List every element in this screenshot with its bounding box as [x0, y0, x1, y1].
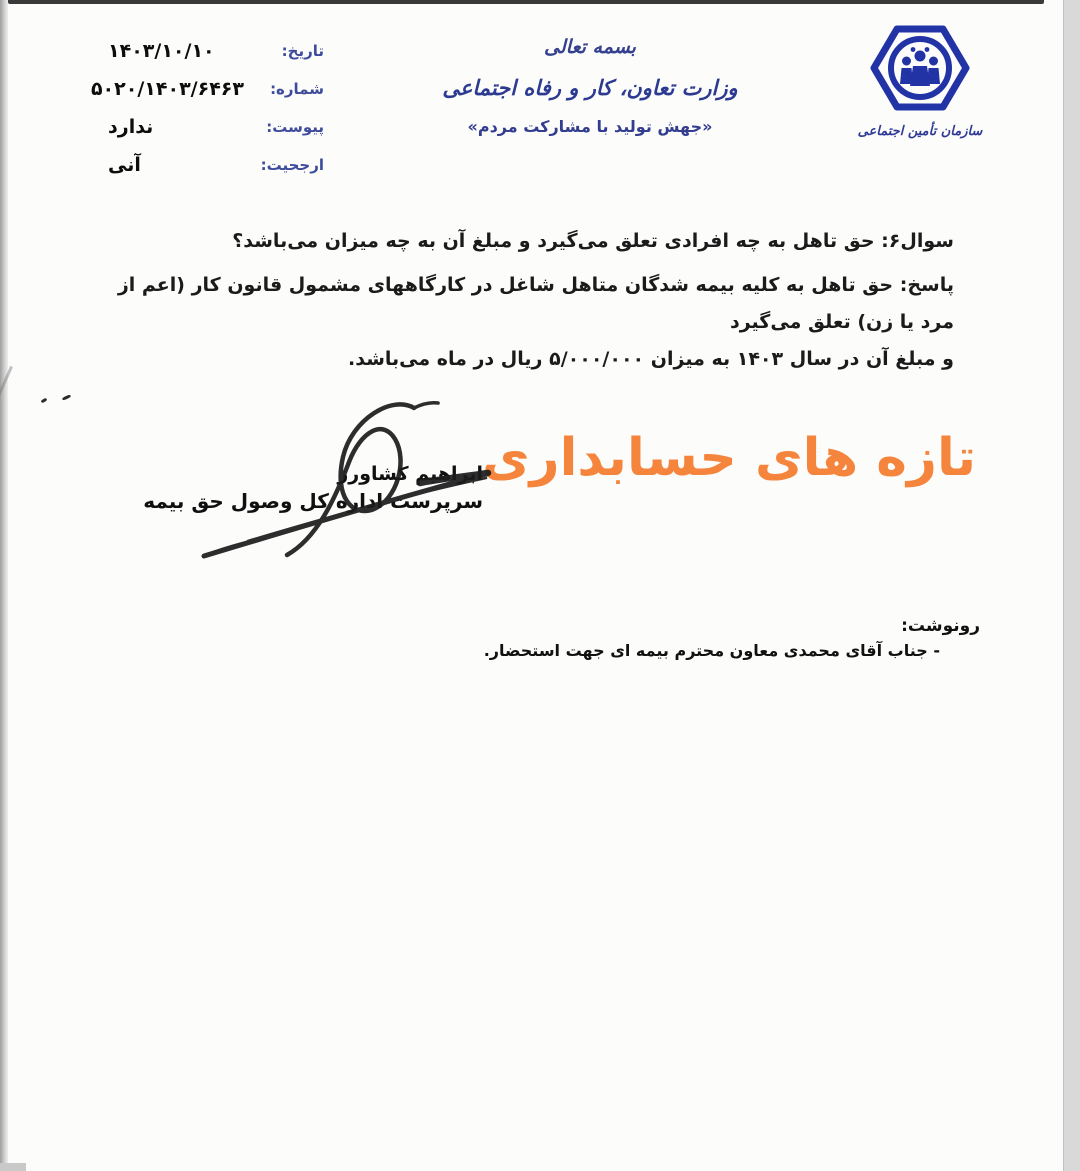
sso-logo-icon	[868, 18, 972, 118]
answer-line-2: و مبلغ آن در سال ۱۴۰۳ به میزان ۵/۰۰۰/۰۰۰…	[94, 341, 954, 378]
meta-row-date: تاریخ: ۱۴۰۳/۱۰/۱۰	[108, 32, 324, 70]
bismillah-text: بسمه تعالی	[330, 36, 850, 58]
ministry-title: وزارت تعاون، کار و رفاه اجتماعی	[330, 76, 850, 100]
date-value: ۱۴۰۳/۱۰/۱۰	[108, 40, 244, 62]
scan-edge-top	[8, 0, 1044, 4]
attachment-label: پیوست:	[262, 118, 324, 136]
letterhead-center: بسمه تعالی وزارت تعاون، کار و رفاه اجتما…	[330, 36, 850, 136]
answer-line-1: پاسخ: حق تاهل به کلیه بیمه شدگان متاهل ش…	[94, 267, 954, 341]
scan-artifact	[62, 394, 71, 401]
letter-body: سوال۶: حق تاهل به چه افرادی تعلق می‌گیرد…	[94, 230, 954, 378]
number-value: ۵۰۲۰/۱۴۰۳/۶۴۶۳	[91, 78, 244, 100]
meta-row-priority: ارجحیت: آنی	[108, 146, 324, 184]
cc-section: رونوشت: - جناب آقای محمدی معاون محترم بی…	[484, 616, 980, 660]
question-line: سوال۶: حق تاهل به چه افرادی تعلق می‌گیرد…	[94, 230, 954, 252]
scanned-letter-page: تاریخ: ۱۴۰۳/۱۰/۱۰ شماره: ۵۰۲۰/۱۴۰۳/۶۴۶۳ …	[0, 0, 1080, 1171]
date-label: تاریخ:	[262, 42, 324, 60]
attachment-value: ندارد	[108, 116, 244, 138]
sso-logo-block: سازمان تأمین اجتماعی	[852, 18, 988, 139]
scan-edge-corner	[0, 1163, 26, 1171]
number-label: شماره:	[262, 80, 324, 98]
cc-label: رونوشت:	[484, 616, 980, 636]
cc-item: - جناب آقای محمدی معاون محترم بیمه ای جه…	[484, 641, 980, 660]
signer-name: ابراهیم کشاورز	[143, 463, 483, 485]
scan-artifact	[41, 398, 48, 404]
letter-meta-block: تاریخ: ۱۴۰۳/۱۰/۱۰ شماره: ۵۰۲۰/۱۴۰۳/۶۴۶۳ …	[108, 32, 324, 184]
priority-value: آنی	[108, 154, 244, 176]
scan-edge-left	[0, 0, 8, 1171]
signer-title: سرپرست اداره کل وصول حق بیمه	[143, 489, 483, 513]
family-figures-icon	[900, 47, 940, 86]
meta-row-attachment: پیوست: ندارد	[108, 108, 324, 146]
signature-block: ابراهیم کشاورز سرپرست اداره کل وصول حق ب…	[143, 463, 483, 513]
priority-label: ارجحیت:	[262, 156, 324, 174]
site-watermark: تازه های حسابداری	[482, 428, 976, 488]
sso-org-name: سازمان تأمین اجتماعی	[852, 124, 988, 139]
scan-edge-right	[1063, 0, 1080, 1171]
year-slogan: «جهش تولید با مشارکت مردم»	[330, 117, 850, 136]
meta-row-number: شماره: ۵۰۲۰/۱۴۰۳/۶۴۶۳	[108, 70, 324, 108]
